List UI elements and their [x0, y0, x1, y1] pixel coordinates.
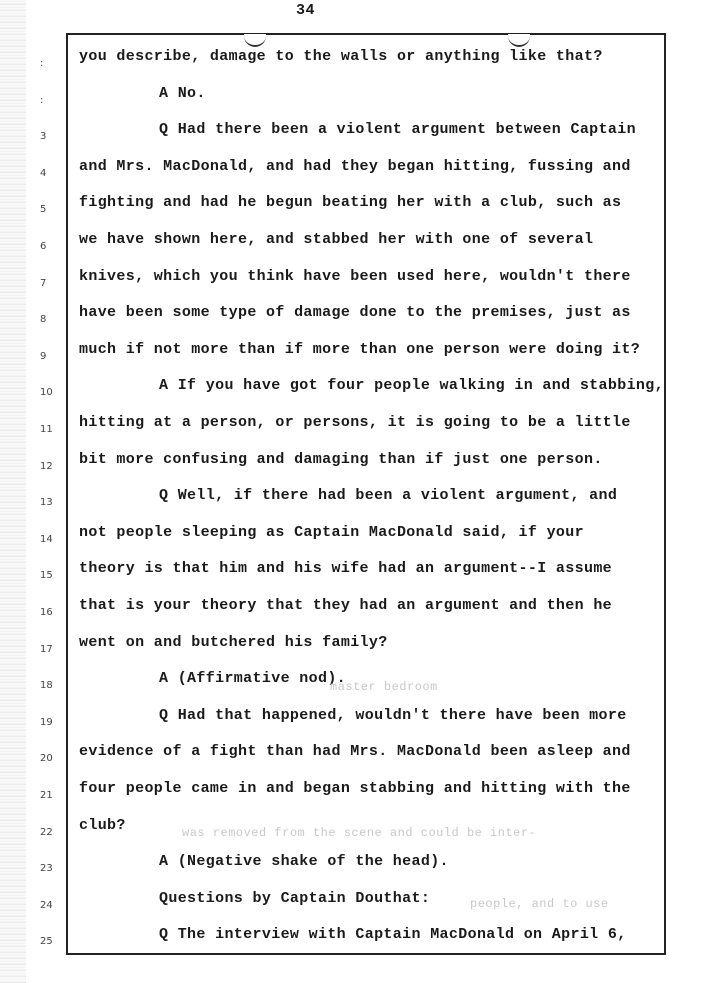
transcript-line: went on and butchered his family? — [79, 634, 388, 651]
margin-line-number: 20 — [40, 753, 53, 764]
bleed-through-text: master bedroom — [330, 680, 438, 694]
margin-line-number: 13 — [40, 497, 53, 508]
transcript-line: Questions by Captain Douthat: — [79, 890, 430, 907]
page-number: 34 — [296, 2, 315, 19]
margin-line-number: 3 — [40, 131, 46, 142]
transcript-line: not people sleeping as Captain MacDonald… — [79, 524, 584, 541]
margin-line-number: 23 — [40, 863, 53, 874]
bleed-through-text: people, and to use — [470, 897, 609, 911]
transcript-line: knives, which you think have been used h… — [79, 268, 631, 285]
margin-line-number: 12 — [40, 461, 53, 472]
margin-line-number: 16 — [40, 607, 53, 618]
margin-line-numbers: ::34567891011121314151617181920212223242… — [40, 0, 58, 983]
transcript-line: A If you have got four people walking in… — [79, 377, 664, 394]
transcript-line: Q Had there been a violent argument betw… — [79, 121, 636, 138]
transcript-line: evidence of a fight than had Mrs. MacDon… — [79, 743, 631, 760]
margin-line-number: 22 — [40, 827, 53, 838]
transcript-line: fighting and had he begun beating her wi… — [79, 194, 621, 211]
margin-line-number: 25 — [40, 936, 53, 947]
transcript-line: have been some type of damage done to th… — [79, 304, 631, 321]
transcript-line: we have shown here, and stabbed her with… — [79, 231, 593, 248]
transcript-line: club? — [79, 817, 126, 834]
transcript-line: A (Negative shake of the head). — [79, 853, 449, 870]
margin-line-number: 8 — [40, 314, 46, 325]
margin-line-number: 5 — [40, 204, 46, 215]
transcript-line: four people came in and began stabbing a… — [79, 780, 631, 797]
margin-line-number: 9 — [40, 351, 46, 362]
transcript-line: A (Affirmative nod). — [79, 670, 346, 687]
margin-line-number: 11 — [40, 424, 53, 435]
transcript-line: you describe, damage to the walls or any… — [79, 48, 603, 65]
margin-line-number: : — [40, 95, 43, 106]
transcript-line: hitting at a person, or persons, it is g… — [79, 414, 631, 431]
transcript-line: bit more confusing and damaging than if … — [79, 451, 603, 468]
margin-line-number: 18 — [40, 680, 53, 691]
bleed-through-text: was removed from the scene and could be … — [182, 826, 536, 840]
margin-line-number: 15 — [40, 570, 53, 581]
transcript-line: A No. — [79, 85, 206, 102]
transcript-line: Q Well, if there had been a violent argu… — [79, 487, 617, 504]
margin-line-number: 4 — [40, 168, 46, 179]
margin-line-number: 24 — [40, 900, 53, 911]
transcript-line: Q Had that happened, wouldn't there have… — [79, 707, 627, 724]
transcript-line: that is your theory that they had an arg… — [79, 597, 612, 614]
margin-line-number: 19 — [40, 717, 53, 728]
margin-line-number: 7 — [40, 278, 46, 289]
transcript-line: theory is that him and his wife had an a… — [79, 560, 612, 577]
margin-line-number: 21 — [40, 790, 53, 801]
scan-edge-noise — [0, 0, 26, 983]
transcript-line: much if not more than if more than one p… — [79, 341, 640, 358]
margin-line-number: 10 — [40, 387, 53, 398]
transcript-line: and Mrs. MacDonald, and had they began h… — [79, 158, 631, 175]
margin-line-number: : — [40, 58, 43, 69]
margin-line-number: 6 — [40, 241, 46, 252]
margin-line-number: 14 — [40, 534, 53, 545]
transcript-line: Q The interview with Captain MacDonald o… — [79, 926, 627, 943]
margin-line-number: 17 — [40, 644, 53, 655]
